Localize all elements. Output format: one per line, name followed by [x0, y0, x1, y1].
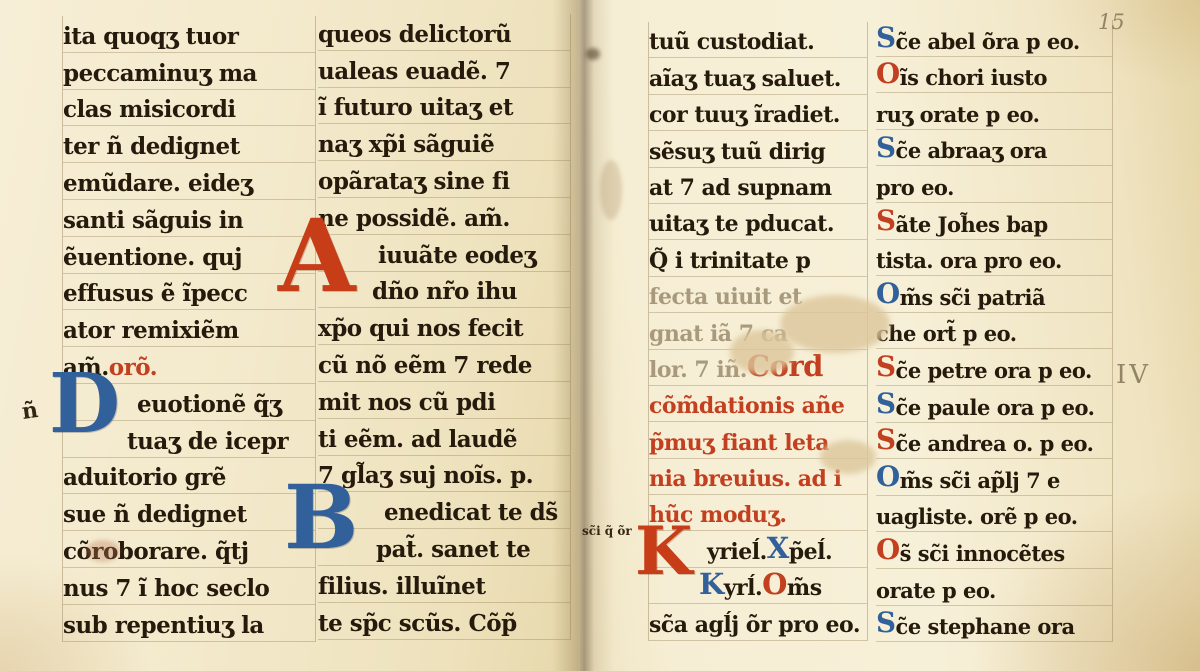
text-segment: opãrataʒ sine fi — [318, 170, 510, 193]
text-line: ne possidẽ. am̃. — [318, 198, 570, 235]
text-line: sue ñ dedignet — [63, 494, 315, 531]
text-segment: O — [762, 570, 787, 599]
text-segment: filius. illuĩnet — [318, 575, 485, 598]
illuminated-initial-B: B — [284, 478, 358, 557]
text-segment: c̃e abel õra p eo. — [896, 31, 1080, 52]
text-line: Sãte Joh̃es bap — [876, 203, 1112, 240]
text-segment: m̃s sc̃i patriã — [900, 287, 1045, 308]
text-line: clas misicordi — [63, 90, 315, 127]
text-segment: O — [876, 463, 900, 491]
text-line: queos delictorũ — [318, 14, 570, 51]
text-segment: pro eo. — [876, 177, 954, 198]
text-segment: S — [876, 609, 896, 637]
text-line: Q̃ i trinitate p — [649, 240, 867, 276]
text-line: Os̃ sc̃i innocẽtes — [876, 532, 1112, 569]
text-line: uitaʒ te pducat. — [649, 204, 867, 240]
marginal-gloss-kyrie: sc̃i q̃ õr — [582, 524, 644, 538]
stain — [86, 540, 120, 562]
text-segment: nus 7 ĩ hoc seclo — [63, 577, 269, 600]
text-segment: che ort̃ p eo. — [876, 323, 1017, 344]
text-segment: mit nos cũ pdi — [318, 391, 495, 414]
text-segment: S — [876, 426, 896, 454]
repair-patch — [730, 330, 794, 374]
text-line: filius. illuĩnet — [318, 566, 570, 603]
text-segment: cõm̃dationis añe — [649, 395, 844, 417]
text-segment: c̃e petre ora p eo. — [896, 360, 1092, 381]
text-segment: ĩ futuro uitaʒ et — [318, 96, 513, 119]
text-line: che ort̃ p eo. — [876, 313, 1112, 350]
text-segment: aĩaʒ tuaʒ saluet. — [649, 68, 841, 90]
text-segment: enedicat te ds̃ — [384, 501, 558, 524]
text-segment: ita quoqʒ tuor — [63, 25, 238, 48]
text-line: ita quoqʒ tuor — [63, 16, 315, 53]
text-line: mit nos cũ pdi — [318, 382, 570, 419]
text-segment: S — [876, 390, 896, 418]
right-page-column-2: Sc̃e abel õra p eo.Oĩs chori iustoruʒ or… — [876, 20, 1113, 642]
text-segment: yrieĺ. — [707, 541, 767, 563]
repair-patch — [780, 295, 890, 353]
text-segment: S — [876, 134, 896, 162]
text-line: naʒ xp̃i sãguiẽ — [318, 124, 570, 161]
text-segment: c̃e andrea o. p eo. — [896, 433, 1094, 454]
repair-patch — [820, 440, 876, 474]
text-segment: at 7 ad supnam — [649, 177, 832, 199]
text-segment: m̃s — [787, 577, 822, 599]
text-segment: dño nr̃o ihu — [372, 280, 517, 303]
illuminated-initial-D: D — [49, 368, 120, 442]
text-segment: lor. 7 iñ. — [649, 359, 747, 381]
text-line: xp̃o qui nos fecit — [318, 308, 570, 345]
text-segment: ĩs chori iusto — [900, 67, 1047, 88]
text-segment: c̃e abraaʒ ora — [896, 140, 1047, 161]
text-segment: cũ nõ eẽm 7 rede — [318, 354, 532, 377]
text-segment: tuũ custodiat. — [649, 31, 814, 53]
text-segment: Q̃ i trinitate p — [649, 250, 810, 272]
text-segment: santi sãguis in — [63, 209, 243, 232]
text-line: Om̃s sc̃i patriã — [876, 276, 1112, 313]
text-segment: p̃muʒ fiant leta — [649, 432, 829, 454]
text-line: Sc̃e petre ora p eo. — [876, 349, 1112, 386]
text-line: Sc̃e paule ora p eo. — [876, 386, 1112, 423]
text-line: iuuãte eodeʒ — [318, 235, 570, 272]
text-segment: uagliste. orẽ p eo. — [876, 506, 1078, 527]
stain — [600, 160, 622, 220]
text-line: ator remixiẽm — [63, 310, 315, 347]
text-line: sub repentiuʒ la — [63, 605, 315, 642]
text-line: ualeas euadẽ. 7 — [318, 51, 570, 88]
text-line: cũ nõ eẽm 7 rede — [318, 345, 570, 382]
text-segment: ẽuentione. quj — [63, 246, 242, 269]
text-segment: c̃e paule ora p eo. — [896, 397, 1095, 418]
text-segment: ãte Joh̃es bap — [896, 214, 1048, 235]
text-segment: m̃s sc̃i ap̃lj 7 e — [900, 470, 1060, 491]
text-line: Sc̃e stephane ora — [876, 606, 1112, 643]
text-segment: nia breuius. ad i — [649, 468, 841, 490]
text-line: tista. ora pro eo. — [876, 240, 1112, 277]
text-line: at 7 ad supnam — [649, 168, 867, 204]
text-line: nus 7 ĩ hoc seclo — [63, 568, 315, 605]
text-line: sẽsuʒ tuũ dirig — [649, 131, 867, 167]
text-line: pro eo. — [876, 166, 1112, 203]
text-line: sc̃a agĺj õr pro eo. — [649, 604, 867, 640]
text-segment: orate p eo. — [876, 580, 996, 601]
text-line: Sc̃e abraaʒ ora — [876, 130, 1112, 167]
text-line: uagliste. orẽ p eo. — [876, 496, 1112, 533]
text-segment: queos delictorũ — [318, 23, 511, 46]
text-segment: peccaminuʒ ma — [63, 62, 257, 85]
text-segment: S — [876, 353, 896, 381]
text-segment: s̃ sc̃i innocẽtes — [900, 543, 1065, 564]
text-segment: X — [767, 534, 789, 563]
text-segment: emũdare. eideʒ — [63, 172, 253, 195]
text-line: te sp̃c scũs. Cõp̃ — [318, 603, 570, 640]
text-line: ruʒ orate p eo. — [876, 93, 1112, 130]
text-segment: O — [876, 536, 900, 564]
text-line: emũdare. eideʒ — [63, 163, 315, 200]
text-line: aduitorio grẽ — [63, 458, 315, 495]
text-line: aĩaʒ tuaʒ saluet. — [649, 58, 867, 94]
text-line: Sc̃e andrea o. p eo. — [876, 423, 1112, 460]
text-segment: yrĺ. — [724, 577, 762, 599]
text-segment: tuaʒ de icepr — [127, 430, 288, 453]
text-line: orate p eo. — [876, 569, 1112, 606]
text-segment: ualeas euadẽ. 7 — [318, 60, 510, 83]
text-segment: K — [699, 570, 724, 599]
text-line: dño nr̃o ihu — [318, 272, 570, 309]
stain — [586, 48, 600, 60]
text-line: Oĩs chori iusto — [876, 57, 1112, 94]
folio-number-pencil: 15 — [1098, 10, 1125, 34]
text-segment: xp̃o qui nos fecit — [318, 317, 523, 340]
text-segment: O — [876, 60, 900, 88]
text-segment: O — [876, 280, 900, 308]
text-line: Om̃s sc̃i ap̃lj 7 e — [876, 459, 1112, 496]
text-line: opãrataʒ sine fi — [318, 161, 570, 198]
marginal-mark: ñ — [20, 397, 39, 425]
manuscript-spread: Dita quoqʒ tuorpeccaminuʒ maclas misicor… — [0, 0, 1200, 671]
text-line: ti eẽm. ad laudẽ — [318, 419, 570, 456]
text-line: cor tuuʒ ĩradiet. — [649, 95, 867, 131]
text-line: Sc̃e abel õra p eo. — [876, 20, 1112, 57]
text-segment: effusus ẽ ĩpecc — [63, 282, 247, 305]
text-segment: sub repentiuʒ la — [63, 614, 264, 637]
quire-mark-pencil: IV — [1116, 360, 1151, 390]
text-line: ter ñ dedignet — [63, 126, 315, 163]
text-segment: pat̃. sanet te — [376, 538, 530, 561]
text-segment: tista. ora pro eo. — [876, 250, 1062, 271]
text-segment: ruʒ orate p eo. — [876, 104, 1039, 125]
text-segment: ator remixiẽm — [63, 319, 239, 342]
text-line: cõm̃dationis añe — [649, 386, 867, 422]
text-segment: iuuãte eodeʒ — [378, 244, 536, 267]
text-segment: sc̃a agĺj õr pro eo. — [649, 614, 860, 636]
text-line: tuũ custodiat. — [649, 22, 867, 58]
illuminated-initial-A: A — [278, 211, 355, 301]
text-segment: c̃e stephane ora — [896, 616, 1075, 637]
text-segment: sue ñ dedignet — [63, 503, 247, 526]
text-segment: S — [876, 24, 896, 52]
text-segment: ti eẽm. ad laudẽ — [318, 428, 517, 451]
text-segment: sẽsuʒ tuũ dirig — [649, 141, 825, 163]
text-segment: ter ñ dedignet — [63, 135, 240, 158]
text-segment: uitaʒ te pducat. — [649, 213, 834, 235]
text-segment: euotionẽ q̃ʒ — [137, 393, 281, 416]
text-segment: naʒ xp̃i sãguiẽ — [318, 133, 494, 156]
text-line: peccaminuʒ ma — [63, 53, 315, 90]
text-segment: p̃eĺ. — [789, 541, 832, 563]
text-segment: clas misicordi — [63, 98, 236, 121]
text-segment: cor tuuʒ ĩradiet. — [649, 104, 840, 126]
text-segment: S — [876, 207, 896, 235]
text-segment: aduitorio grẽ — [63, 466, 226, 489]
left-page-column-2: ABqueos delictorũualeas euadẽ. 7ĩ futuro… — [318, 14, 571, 640]
text-segment: fecta uiuit et — [649, 286, 802, 308]
text-line: ĩ futuro uitaʒ et — [318, 88, 570, 125]
text-segment: te sp̃c scũs. Cõp̃ — [318, 612, 517, 635]
